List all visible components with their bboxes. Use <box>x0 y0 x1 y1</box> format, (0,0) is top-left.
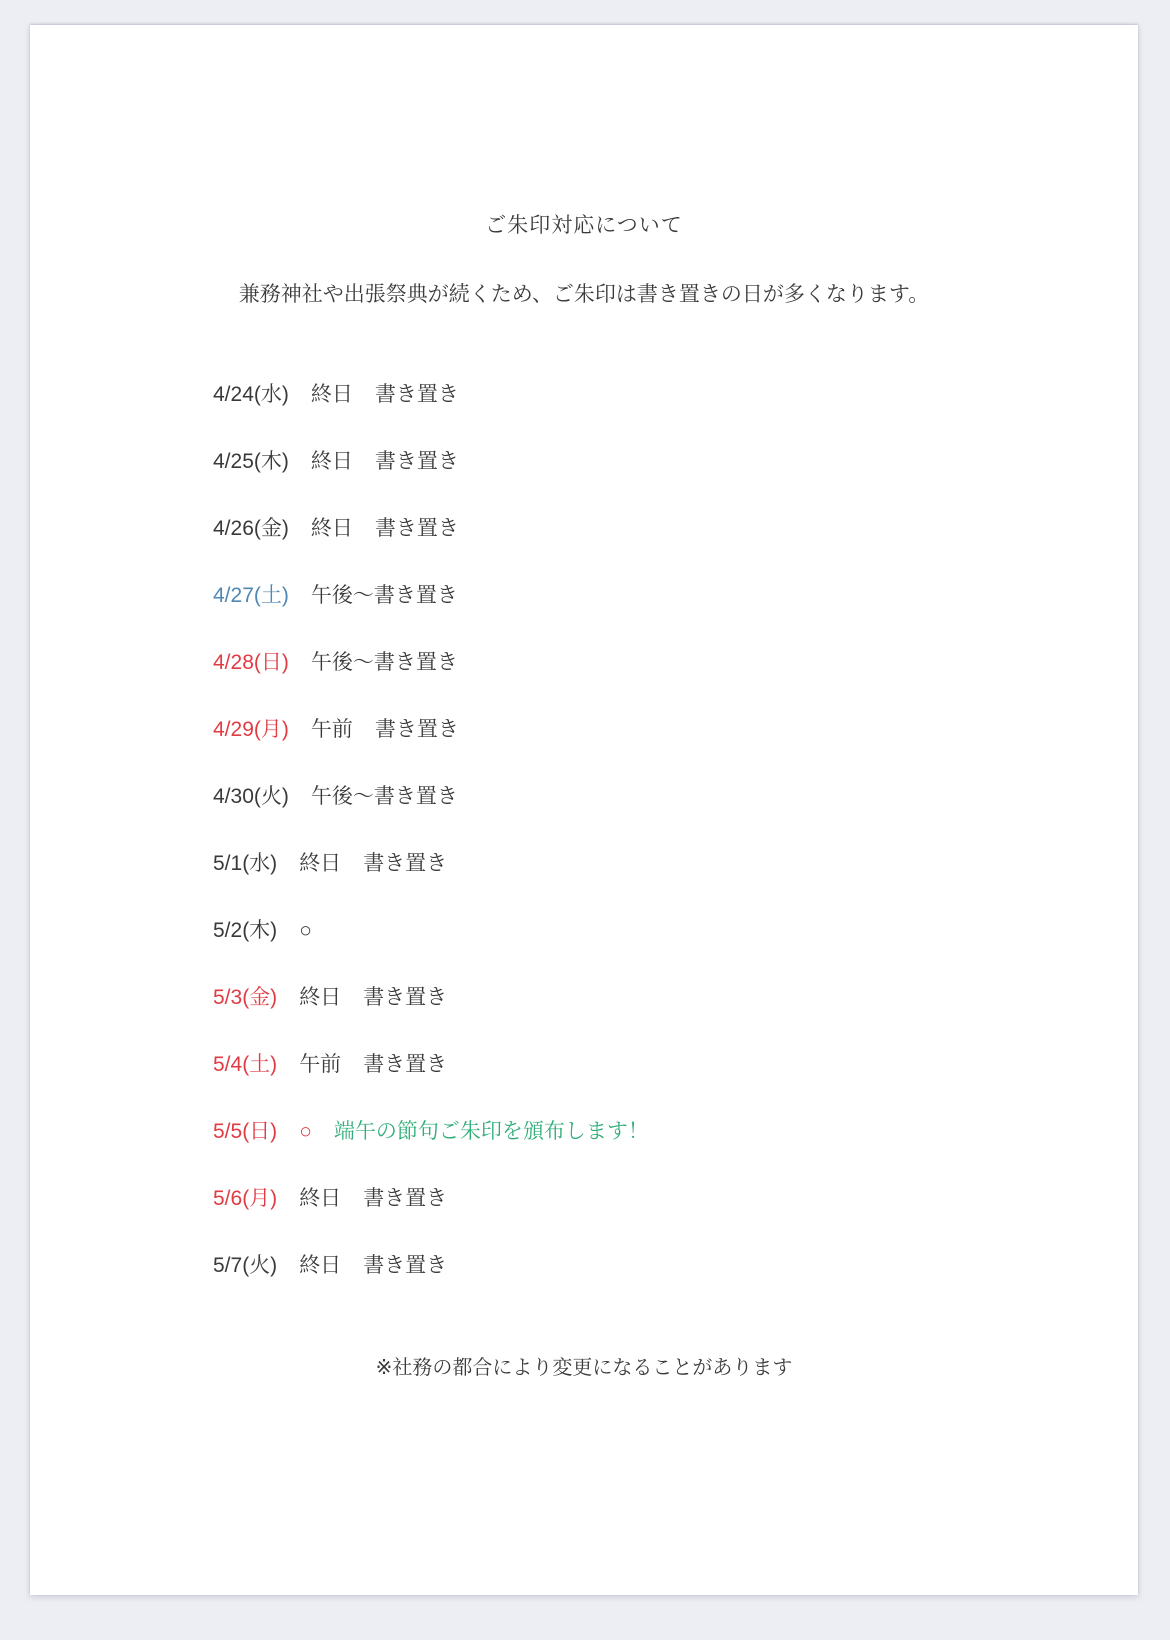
schedule-date: 4/24(水) <box>213 383 289 406</box>
schedule-row: 4/28(日)午後〜書き置き <box>213 647 1138 679</box>
schedule-row: 5/7(火)終日書き置き <box>213 1250 1138 1282</box>
document-page: ご朱印対応について 兼務神社や出張祭典が続くため、ご朱印は書き置きの日が多くなり… <box>30 25 1138 1595</box>
availability-time: 終日 <box>299 986 341 1009</box>
schedule-date: 5/4(土) <box>213 1053 277 1076</box>
availability-text: 午後〜書き置き <box>311 584 458 607</box>
schedule-date: 5/1(水) <box>213 852 277 875</box>
availability-note: 書き置き <box>375 517 459 540</box>
schedule-row: 5/2(木)○ <box>213 915 1138 947</box>
schedule-row: 4/24(水)終日書き置き <box>213 379 1138 411</box>
schedule-date: 4/30(火) <box>213 785 289 808</box>
schedule-date: 5/7(火) <box>213 1254 277 1277</box>
schedule-list: 4/24(水)終日書き置き4/25(木)終日書き置き4/26(金)終日書き置き4… <box>213 379 1138 1282</box>
schedule-date: 5/2(木) <box>213 919 277 942</box>
schedule-date: 5/6(月) <box>213 1187 277 1210</box>
availability-text: 午後〜書き置き <box>311 651 458 674</box>
schedule-row: 5/4(土)午前書き置き <box>213 1049 1138 1081</box>
availability-time: 終日 <box>299 1187 341 1210</box>
availability-time: 午前 <box>311 718 353 741</box>
availability-time: 終日 <box>299 852 341 875</box>
schedule-date: 4/27(土) <box>213 584 289 607</box>
schedule-date: 4/29(月) <box>213 718 289 741</box>
footer-note: ※社務の都合により変更になることがあります <box>30 1352 1138 1384</box>
availability-time: 午前 <box>299 1053 341 1076</box>
page-subtitle: 兼務神社や出張祭典が続くため、ご朱印は書き置きの日が多くなります。 <box>30 279 1138 311</box>
schedule-row: 5/1(水)終日書き置き <box>213 848 1138 880</box>
schedule-date: 4/28(日) <box>213 651 289 674</box>
availability-note: 書き置き <box>375 383 459 406</box>
schedule-row: 4/26(金)終日書き置き <box>213 513 1138 545</box>
availability-note: 書き置き <box>375 718 459 741</box>
availability-time: 終日 <box>311 383 353 406</box>
availability-time: 終日 <box>311 517 353 540</box>
schedule-row: 5/3(金)終日書き置き <box>213 982 1138 1014</box>
circle-mark: ○ <box>299 1120 312 1143</box>
availability-note: 書き置き <box>363 1254 447 1277</box>
availability-note: 書き置き <box>363 852 447 875</box>
availability-time: 終日 <box>299 1254 341 1277</box>
page-title: ご朱印対応について <box>30 210 1138 242</box>
schedule-date: 5/3(金) <box>213 986 277 1009</box>
schedule-row: 4/30(火)午後〜書き置き <box>213 781 1138 813</box>
schedule-row: 5/6(月)終日書き置き <box>213 1183 1138 1215</box>
availability-text: 午後〜書き置き <box>311 785 458 808</box>
availability-note: 書き置き <box>375 450 459 473</box>
special-note: 端午の節句ご朱印を頒布します！ <box>334 1120 649 1143</box>
availability-note: 書き置き <box>363 1187 447 1210</box>
schedule-row: 4/27(土)午後〜書き置き <box>213 580 1138 612</box>
schedule-row: 4/29(月)午前書き置き <box>213 714 1138 746</box>
availability-note: 書き置き <box>363 1053 447 1076</box>
schedule-row: 4/25(木)終日書き置き <box>213 446 1138 478</box>
availability-note: 書き置き <box>363 986 447 1009</box>
schedule-row: 5/5(日)○端午の節句ご朱印を頒布します！ <box>213 1116 1138 1148</box>
circle-mark: ○ <box>299 919 312 942</box>
schedule-date: 5/5(日) <box>213 1120 277 1143</box>
schedule-date: 4/25(木) <box>213 450 289 473</box>
schedule-date: 4/26(金) <box>213 517 289 540</box>
availability-time: 終日 <box>311 450 353 473</box>
